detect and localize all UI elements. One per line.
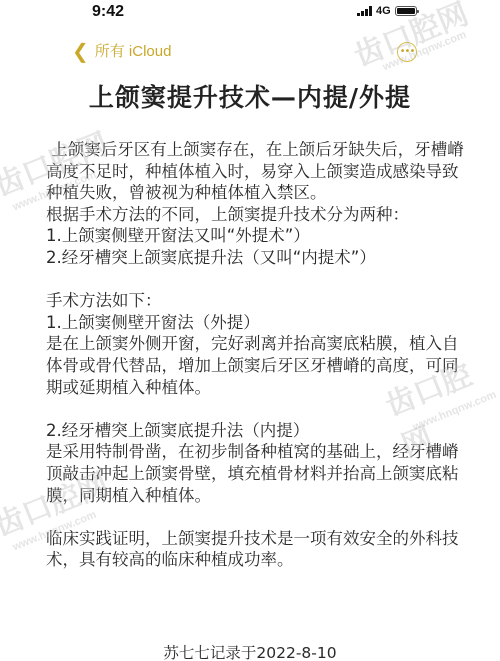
network-type: 4G bbox=[376, 5, 391, 17]
status-time: 9:42 bbox=[92, 3, 124, 21]
chevron-left-icon: ❮ bbox=[72, 41, 89, 61]
paragraph: 临床实践证明，上颌窦提升技术是一项有效安全的外科技术，具有较高的临床种植成功率。 bbox=[46, 528, 466, 571]
blank-line bbox=[46, 506, 466, 528]
status-bar: 9:42 4G bbox=[0, 0, 500, 30]
nav-bar: ❮ 所有 iCloud ••• bbox=[72, 40, 500, 66]
list-item: 2.经牙槽突上颌窦底提升法（又叫“内提术”） bbox=[46, 247, 466, 269]
paragraph: 上颌窦后牙区有上颌窦存在，在上颌后牙缺失后，牙槽嵴高度不足时，种植体植入时，易穿… bbox=[46, 139, 466, 204]
status-indicators: 4G bbox=[357, 5, 417, 17]
signal-icon bbox=[357, 6, 372, 16]
back-label: 所有 iCloud bbox=[95, 40, 172, 61]
note-title: 上颌窦提升技术—内提/外提 bbox=[0, 78, 500, 114]
list-item: 2.经牙槽突上颌窦底提升法（内提） bbox=[46, 420, 466, 442]
ellipsis-circle-icon[interactable]: ••• bbox=[397, 42, 417, 62]
back-button[interactable]: ❮ 所有 iCloud bbox=[72, 40, 171, 61]
paragraph: 是在上颌窦外侧开窗，完好剥离并抬高窦底粘膜，植入自体骨或骨代替品，增加上颌窦后牙… bbox=[46, 333, 466, 398]
blank-line bbox=[46, 398, 466, 420]
section-heading: 手术方法如下： bbox=[46, 290, 466, 312]
blank-line bbox=[46, 269, 466, 291]
list-item: 1.上颌窦侧壁开窗法（外提） bbox=[46, 312, 466, 334]
note-body[interactable]: 上颌窦后牙区有上颌窦存在，在上颌后牙缺失后，牙槽嵴高度不足时，种植体植入时，易穿… bbox=[46, 139, 466, 571]
paragraph: 是采用特制骨凿，在初步制备种植窝的基础上，经牙槽嵴顶敲击冲起上颌窦骨壁，填充植骨… bbox=[46, 441, 466, 506]
battery-icon bbox=[395, 6, 417, 16]
list-item: 1.上颌窦侧壁开窗法又叫“外提术”） bbox=[46, 225, 466, 247]
paragraph: 根据手术方法的不同，上颌窦提升技术分为两种： bbox=[46, 204, 466, 226]
note-footer: 苏七七记录于2022-8-10 bbox=[0, 641, 500, 661]
